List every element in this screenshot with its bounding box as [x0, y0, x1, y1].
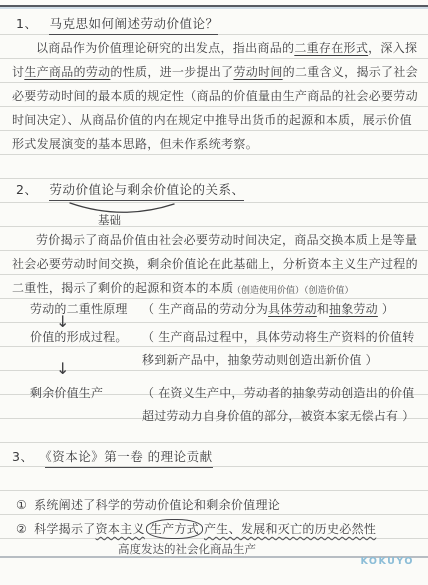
answer-2-paragraph: 劳价揭示了商品价值由社会必要劳动时间决定，商品交换本质上是等量社会必要劳动时间交…: [12, 228, 420, 300]
question-2-number: 2、: [16, 182, 37, 197]
list-item-2: ②科学揭示了资本主义生产方式产生、发展和灭亡的历史必然性: [16, 519, 376, 539]
bottom-annotation: 高度发达的社会化商品生产: [118, 541, 256, 557]
question-3-heading: 3、《资本论》第一卷 的理论贡献: [12, 447, 213, 465]
list-item-text: 科学揭示了: [34, 522, 96, 536]
flow-step-value-formation: 价值的形成过程。 （ 生产商品过程中，具体劳动将生产资料的价值转移到新产品中，抽…: [30, 326, 426, 372]
question-3-title: 《资本论》第一卷 的理论贡献: [45, 449, 212, 468]
text-run: 的性质，进一步提出了: [110, 65, 233, 79]
list-item-text: 系统阐述了科学的劳动价值论和剩余价值理论: [34, 498, 280, 512]
emphasis-arc: [66, 201, 178, 215]
question-1-title: 马克思如何阐述劳动价值论？: [49, 16, 218, 35]
down-arrow-icon: ↓: [56, 359, 69, 378]
flow-step-description: （ 在资义生产中，劳动者的抽象劳动创造出的价值超过劳动力自身价值的部分，被资本家…: [142, 382, 426, 428]
text-run: 和: [317, 302, 329, 316]
wavy-underlined-text: 资本主义: [96, 522, 145, 536]
question-2-heading: 2、劳动价值论与剩余价值论的关系、: [16, 180, 244, 198]
underlined-text: 劳动时间: [233, 65, 282, 79]
underlined-text: 抽象劳动: [329, 302, 378, 316]
question-2-title: 劳动价值论与剩余价值论的关系、: [49, 182, 244, 201]
flow-step-label: 价值的形成过程。: [30, 326, 142, 372]
flow-step-duality: 劳动的二重性原理 （ 生产商品的劳动分为具体劳动和抽象劳动 ）: [30, 298, 426, 321]
question-3-number: 3、: [12, 449, 33, 464]
kokuyo-logo: KOKUYO: [360, 556, 414, 567]
answer-1-paragraph: 以商品作为价值理论研究的出发点，指出商品的二重存在形式，深入探讨生产商品的劳动的…: [12, 36, 418, 156]
underlined-text: 具体劳动: [268, 302, 317, 316]
text-run: ）: [378, 302, 394, 316]
flow-step-surplus-value: 剩余价值生产 （ 在资义生产中，劳动者的抽象劳动创造出的价值超过劳动力自身价值的…: [30, 382, 426, 428]
underlined-text: 生产商品的劳动: [24, 65, 110, 79]
text-run: 以商品作为价值理论研究的出发点，指出商品的: [36, 41, 294, 55]
circled-text: 生产方式: [146, 519, 203, 539]
list-item-1: ①系统阐述了科学的劳动价值论和剩余价值理论: [16, 496, 280, 513]
circled-number-icon: ①: [16, 498, 27, 512]
question-1-heading: 1、马克思如何阐述劳动价值论？: [16, 14, 218, 32]
notebook-page: 1、马克思如何阐述劳动价值论？ 以商品作为价值理论研究的出发点，指出商品的二重存…: [0, 0, 428, 585]
flow-step-label: 剩余价值生产: [30, 382, 142, 428]
arc-annotation: 基础: [98, 212, 121, 228]
text-run: （ 生产商品的劳动分为: [142, 302, 268, 316]
flow-step-description: （ 生产商品过程中，具体劳动将生产资料的价值转移到新产品中，抽象劳动则创造出新价…: [142, 326, 426, 372]
wavy-underlined-text: 产生、发展和灭亡的历史必然性: [204, 522, 376, 536]
underlined-text: 二重存在形式: [294, 41, 368, 55]
flow-step-description: （ 生产商品的劳动分为具体劳动和抽象劳动 ）: [142, 298, 426, 321]
circled-number-icon: ②: [16, 522, 27, 536]
flow-step-label: 劳动的二重性原理: [30, 298, 142, 321]
margin-annotation: （创造使用价值）（创造价值）: [232, 283, 354, 296]
question-1-number: 1、: [16, 16, 37, 31]
top-margin-line: [0, 5, 428, 7]
